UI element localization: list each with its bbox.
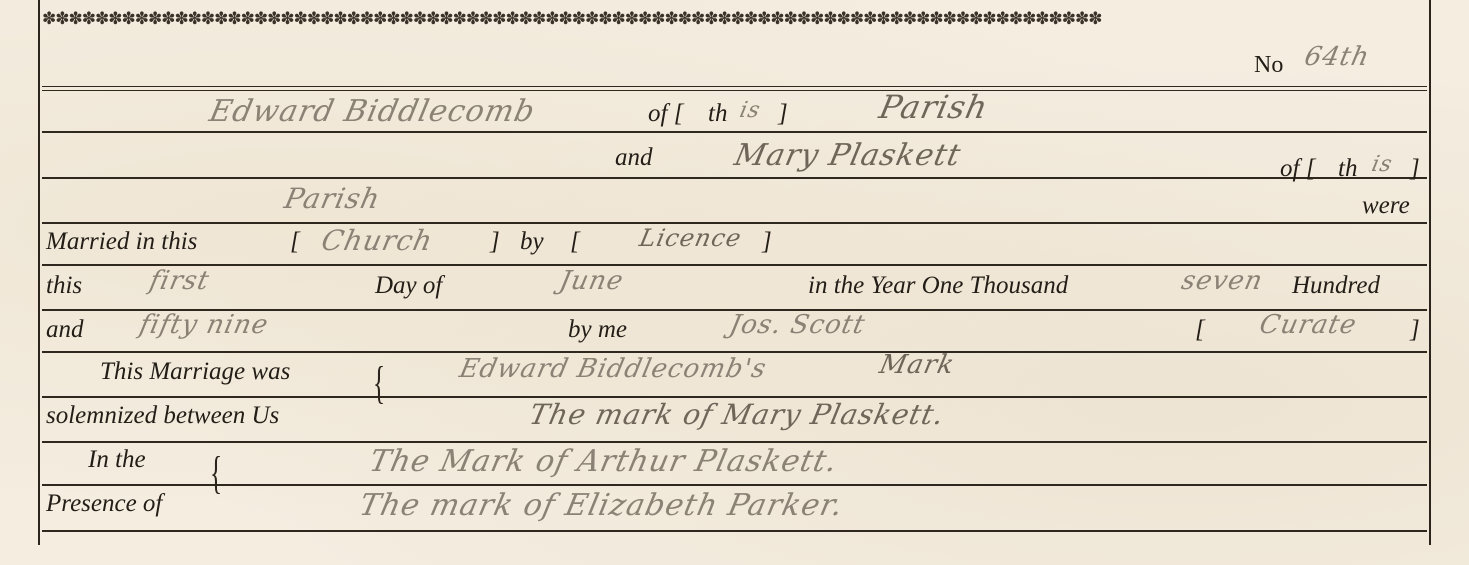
this-label: this	[46, 272, 82, 300]
ornamental-border: ✽✽✽✽✽✽✽✽✽✽✽✽✽✽✽✽✽✽✽✽✽✽✽✽✽✽✽✽✽✽✽✽✽✽✽✽✽✽✽✽…	[42, 8, 1427, 30]
day-of-label: Day of	[375, 272, 442, 300]
rule-line	[42, 530, 1427, 532]
by-value: Licence	[637, 224, 744, 252]
officiant-title-open: [	[1195, 316, 1205, 344]
officiant-title: Curate	[1257, 310, 1360, 340]
day-value: first	[147, 266, 213, 296]
rule-line	[42, 177, 1427, 179]
bride-of-handwritten: is	[1369, 152, 1395, 177]
bride-residence: Parish	[281, 182, 383, 215]
groom-of-printed: th	[708, 100, 727, 128]
witness-label-2: Presence of	[46, 490, 162, 518]
rule-line	[42, 484, 1427, 486]
groom-of-handwritten: is	[737, 98, 763, 123]
bride-of-printed: th	[1338, 155, 1357, 183]
entry-number-label: No	[1254, 52, 1283, 79]
officiant-name: Jos. Scott	[727, 310, 868, 340]
solemnized-label-2: solemnized between Us	[46, 402, 279, 430]
bride-of-close: ]	[1410, 155, 1420, 183]
rule-line	[42, 131, 1427, 133]
rule-line	[42, 351, 1427, 353]
hundred-label: Hundred	[1292, 272, 1380, 300]
witness-label-1: In the	[88, 446, 146, 474]
signature-groom-mark: Mark	[877, 350, 958, 380]
groom-name: Edward Biddlecomb	[206, 94, 538, 129]
witness-2: The mark of Elizabeth Parker.	[356, 488, 846, 523]
officiant-title-close: ]	[1410, 316, 1420, 344]
rule-line	[42, 441, 1427, 443]
by-me-label: by me	[568, 316, 627, 344]
married-in-label: Married in this	[46, 228, 197, 256]
groom-of-label: of [	[648, 100, 683, 128]
month-value: June	[557, 266, 627, 296]
register-page: ✽✽✽✽✽✽✽✽✽✽✽✽✽✽✽✽✽✽✽✽✽✽✽✽✽✽✽✽✽✽✽✽✽✽✽✽✽✽✽✽…	[0, 0, 1469, 565]
married-in-open: [	[290, 228, 300, 256]
entry-number-value: 64th	[1302, 42, 1373, 72]
solemnized-label-1: This Marriage was	[100, 358, 290, 386]
groom-of-close: ]	[778, 100, 788, 128]
bride-and-label: and	[615, 144, 653, 172]
solemnized-brace: {	[373, 360, 385, 406]
signature-groom: Edward Biddlecomb's	[457, 354, 770, 384]
were-label: were	[1362, 192, 1410, 220]
rule-line	[42, 86, 1427, 87]
year-rest-value: fifty nine	[137, 310, 272, 340]
and-label: and	[46, 316, 84, 344]
groom-residence: Parish	[876, 88, 992, 126]
frame-border-left	[38, 0, 40, 545]
frame-border-right	[1429, 0, 1431, 545]
married-in-value: Church	[318, 224, 436, 257]
year-label: in the Year One Thousand	[808, 272, 1068, 300]
by-label: by	[520, 228, 544, 256]
bride-of-label: of [	[1280, 155, 1315, 183]
bride-name: Mary Plaskett	[731, 138, 964, 173]
signature-bride: The mark of Mary Plaskett.	[526, 398, 947, 431]
married-in-close: ]	[490, 228, 500, 256]
by-close: ]	[762, 228, 772, 256]
witness-1: The Mark of Arthur Plaskett.	[366, 444, 841, 479]
by-open: [	[570, 228, 580, 256]
hundreds-value: seven	[1179, 266, 1266, 296]
witness-brace: {	[210, 450, 222, 496]
